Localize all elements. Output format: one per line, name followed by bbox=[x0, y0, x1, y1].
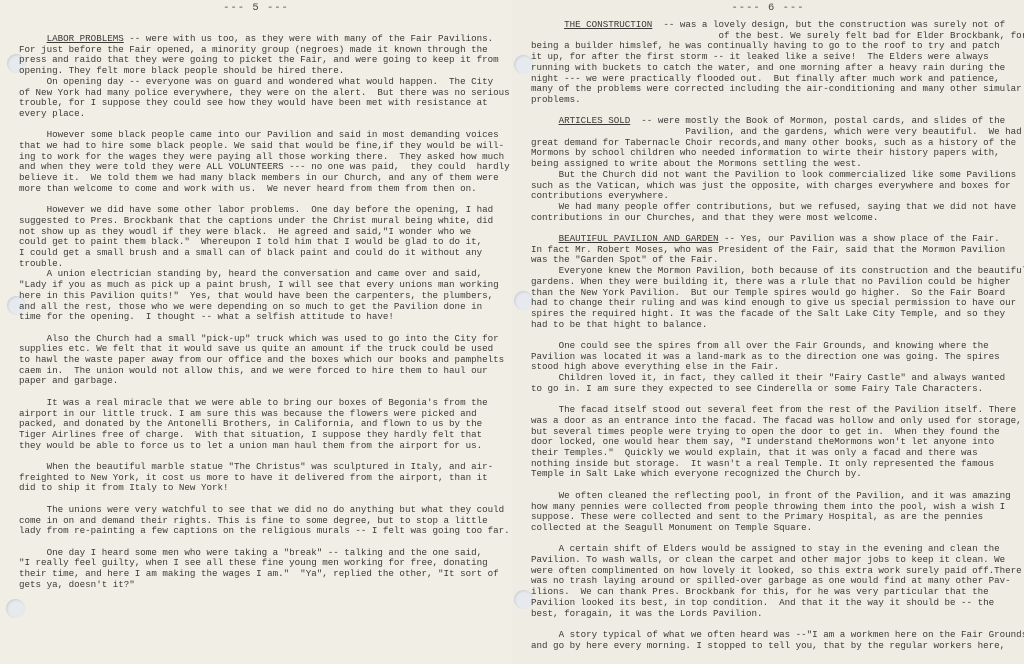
text-line: running with buckets to catch the water,… bbox=[531, 63, 1024, 74]
page-5: --- 5 --- LABOR PROBLEMS -- were with us… bbox=[0, 0, 512, 664]
page-body: LABOR PROBLEMS -- were with us too, as t… bbox=[19, 34, 510, 590]
paragraph: However we did have some other labor pro… bbox=[19, 205, 510, 323]
text-line: gets ya, doesn't it?" bbox=[19, 580, 510, 591]
text-line: they would be able to force us to let a … bbox=[19, 441, 510, 452]
text-line: many of the problems were corrected incl… bbox=[531, 84, 1024, 95]
section-heading: ARTICLES SOLD bbox=[559, 115, 631, 126]
text-line: I could get a small brush and a small ca… bbox=[19, 248, 510, 259]
section-heading: LABOR PROBLEMS bbox=[47, 33, 124, 44]
text-line: Temple in Salt Lake which everyone recog… bbox=[531, 469, 1024, 480]
paragraph: Also the Church had a small "pick-up" tr… bbox=[19, 334, 510, 388]
paragraph: A story typical of what we often heard w… bbox=[531, 630, 1024, 651]
text-line: more than welcome to come and work with … bbox=[19, 184, 510, 195]
paragraph: However some black people came into our … bbox=[19, 130, 510, 194]
text-line: paper and garbage. bbox=[19, 376, 510, 387]
document-spread: --- 5 --- LABOR PROBLEMS -- were with us… bbox=[0, 0, 1024, 664]
page-body: THE CONSTRUCTION -- was a lovely design,… bbox=[531, 20, 1024, 651]
paragraph: One could see the spires from all over t… bbox=[531, 341, 1024, 395]
paragraph: We often cleaned the reflecting pool, in… bbox=[531, 491, 1024, 534]
paragraph: When the beautiful marble statue "The Ch… bbox=[19, 462, 510, 494]
paragraph: It was a real miracle that we were able … bbox=[19, 398, 510, 452]
text-line: problems. bbox=[531, 95, 1024, 106]
page-6: ---- 6 --- THE CONSTRUCTION -- was a lov… bbox=[512, 0, 1024, 664]
text-line: contributions in our Churches, and that … bbox=[531, 213, 1024, 224]
text-line: But the Church did not want the Pavilion… bbox=[531, 170, 1024, 181]
page-number: ---- 6 --- bbox=[512, 2, 1024, 14]
paragraph: One day I heard some men who were taking… bbox=[19, 548, 510, 591]
paragraph: The unions were very watchful to see tha… bbox=[19, 505, 510, 537]
section-heading: BEAUTIFUL PAVILION AND GARDEN bbox=[559, 233, 719, 244]
text-line: On opening day -- everyone was on guard … bbox=[19, 77, 510, 88]
paragraph: The facad itself stood out several feet … bbox=[531, 405, 1024, 480]
paragraph: LABOR PROBLEMS -- were with us too, as t… bbox=[19, 34, 510, 120]
text-line: to go in. I am sure they expected to see… bbox=[531, 384, 1024, 395]
text-line: We often cleaned the reflecting pool, in… bbox=[531, 491, 1024, 502]
text-line: time for the opening. I thought -- what … bbox=[19, 312, 510, 323]
section-heading: THE CONSTRUCTION bbox=[564, 19, 652, 30]
hole-punch bbox=[6, 599, 25, 618]
text-line: It was a real miracle that we were able … bbox=[19, 398, 510, 409]
paragraph: A certain shift of Elders would be assig… bbox=[531, 544, 1024, 619]
paragraph: ARTICLES SOLD -- were mostly the Book of… bbox=[531, 116, 1024, 223]
text-line: collected at the Seagull Monument on Tem… bbox=[531, 523, 1024, 534]
page-number: --- 5 --- bbox=[0, 2, 512, 14]
paragraph: BEAUTIFUL PAVILION AND GARDEN -- Yes, ou… bbox=[531, 234, 1024, 330]
paragraph: THE CONSTRUCTION -- was a lovely design,… bbox=[531, 20, 1024, 106]
text-line: best, foragain, it was the Lords Pavilio… bbox=[531, 609, 1024, 620]
text-line: lady from re-painting a few captions on … bbox=[19, 526, 510, 537]
text-line: and go by here every morning. I stopped … bbox=[531, 641, 1024, 652]
text-line: Pavilion looked its best, in top conditi… bbox=[531, 598, 1024, 609]
text-line: trouble, for I suppose they could see ho… bbox=[19, 98, 510, 109]
text-line: here in this Pavilion quits!" Yes, that … bbox=[19, 291, 510, 302]
text-line: did to ship it from Italy to New York! bbox=[19, 483, 510, 494]
text-line: gardens. When they were building it, the… bbox=[531, 277, 1024, 288]
text-line: had to be that hight to balance. bbox=[531, 320, 1024, 331]
text-line: every place. bbox=[19, 109, 510, 120]
text-line: The unions were very watchful to see tha… bbox=[19, 505, 510, 516]
